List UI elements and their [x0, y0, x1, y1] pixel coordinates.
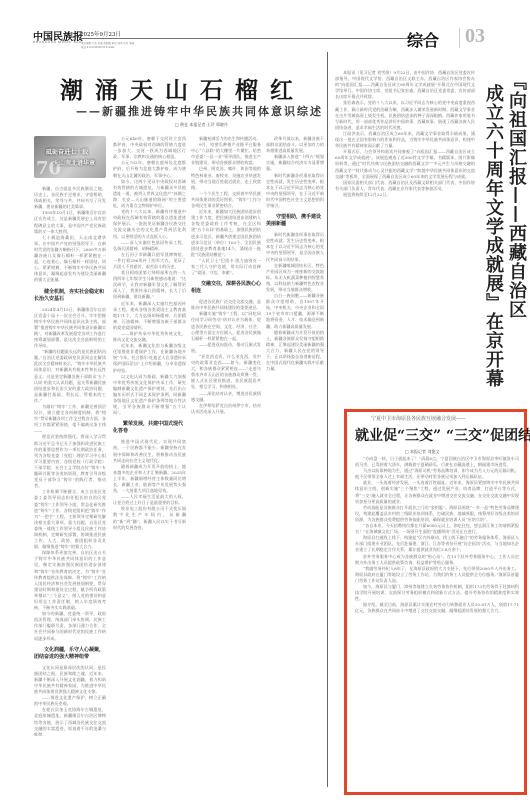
paragraph: 在轮台县奎玉克协海尔古城遗址，北庭故城遗址，新疆维吾尔自治区博物馆等各地，展示了…	[34, 707, 106, 736]
paragraph: 展览将持续至12月22日。	[335, 192, 475, 198]
paragraph: 随着新疆成为开发开放的热土，新疆各族群众发扬守望相助精神，汇聚起建设美丽新疆的强…	[266, 330, 324, 373]
paragraph: 新时代新疆各项事业取得历史性成就，发生历史性变革。根本在于以习近平同志为核心的党…	[266, 173, 324, 210]
anniversary-badge: 70 砥砺奋进七十载 天山南北谱华章	[34, 136, 106, 178]
boxed-kicker: 宁夏中卫市海原县各民族互嵌融合发展——	[371, 415, 466, 422]
paragraph: 牧业电工股份有限公司干式变压器数字化生产车间内，从新疆的“新”到“疆”，新疆人民…	[113, 506, 186, 530]
paragraph: ——深化结对认亲，增进各民族情感交融。	[191, 391, 261, 403]
lead-column-1: 新疆，自古就是多民族聚居之地。历史上，各民族手足相亲，守望相助，休戚相关，荣辱与…	[34, 186, 106, 736]
boxed-byline: □ 本报记者 刘俊文	[405, 449, 439, 455]
badge-line1: 砥砺奋进七十载	[46, 147, 88, 156]
paragraph: ——人民幸福生活是最大的人权，让老百姓过上好日子是最重要的目标。	[113, 494, 186, 506]
paragraph: 国家民委相关部门代表、西藏自治区及西藏文联相关部门代表、中国作协有关部门负责人、…	[335, 180, 475, 192]
section-heading: 文化润疆，乐守人心凝聚，团结奋进的强大精神纽带	[34, 647, 106, 661]
lead-byline: □ 黄仓 本报记者 王玲 郑晓丹	[175, 122, 228, 128]
paragraph: 新时代新疆各项事业取得历史性成就，发生历史性变革。根本在于以习近平同志为核心的党…	[266, 232, 324, 262]
paragraph: 为做好“铸牢”工作，新疆完善顶层设计，建立健全各项制度机制，将“铸牢”贯穿新疆各…	[34, 404, 106, 434]
paragraph: 在伊犁哈萨克自治州伊宁市，结对认亲活动深入开展。	[191, 403, 261, 415]
issue-date: 2025年9月23日	[80, 30, 121, 38]
paragraph: 马杰以前靠种地为生，通过“海原司机”劳务品牌培训，如今成为月入万元的运输司机。他…	[355, 468, 519, 480]
paragraph: 推进中国式现代化，实现共同富裕，一个民族都不能少。新疆坚持在发展中保障和改善民生…	[113, 439, 186, 463]
paragraph: 公元702年，唐朝在庭州设北庭都护府，后升格为北庭大都护府，成为唐朝在天山北麓的…	[113, 160, 186, 178]
paragraph: 如今，这两个见证中央政权对西域有效管辖的古城遗址，与新疆众多其他遗址一道，被列入…	[113, 179, 186, 209]
page-number: 03	[465, 25, 485, 48]
paragraph: 近年来，新疆加大民族团结进步创建工作力度，把民族团结进步创建纳入各级党委政府工作…	[191, 209, 261, 258]
paragraph: 工作机制不断健全。成立自治区党委工委领导同志担任组长的自治区党委“铸牢”工作领导…	[34, 489, 106, 550]
paragraph: 在新疆喀城团结社区，特色产业园区成为一座座新的交流地标。从无人机蔬菜种植到智慧养…	[266, 263, 324, 293]
paragraph: “方向盘一转，日子就起来了！”清晨6点，宁夏回族自治区中卫市海原县李旺镇货车司机…	[355, 456, 519, 468]
paragraph: 新疆，自古就是多民族聚居之地。历史上，各民族手足相亲，守望相助，休戚相关，荣辱与…	[34, 186, 106, 210]
paragraph: 莫日阿甫团第七师师部所在的一九四四年七年级学生马新悦感动地说：“这次研学，让我对…	[113, 270, 186, 300]
section-heading: 守望相助，携手建设美丽新疆	[266, 214, 324, 228]
paragraph: 驻外劳务服务中心成为各族群众的“贴心站”。在13个驻外劳务服务中心，工作人员定期…	[355, 554, 519, 566]
paragraph: 如今的新疆，党委统一领导，政府依法管理，统战部门牵头协调，民族工作部门履职尽责，…	[34, 611, 106, 641]
paragraph: 新疆深入推进“十四五”规划实施，新疆综合经济实力显著增强。	[266, 154, 324, 172]
right-article-body: 本报讯（见习记者 刘雪朋）9月22日，由中国作协、西藏自治区党委宣传部指导，中国…	[335, 70, 475, 395]
paragraph: 如今，海原县与厦门、漳州等地建立长效劳务协作机制，组织173名劳务骨干赴漳州科技…	[355, 584, 519, 602]
boxed-title: 就业促“三交” “三交”促团结	[355, 425, 530, 445]
paragraph: 就业，一头连着经济发展，一头连着百姓福祉。近年来，海原县紧扣铸牢中华民族共同体意…	[355, 480, 519, 504]
paragraph: 随着新疆成为开发开放的热土，越来越多的企业和人才汇聚新疆。2025年上半年，新疆…	[113, 464, 186, 494]
right-article-title-col2: 成立六十周年文学成就展』在京开幕	[480, 84, 506, 404]
paragraph: 一个个民生工程，交织着中华民族共同体建设的美好图景。“铸牢”工作与各项民生事业紧…	[191, 191, 261, 209]
badge-line2: 天山南北谱华章	[53, 158, 95, 167]
lead-headline: 潮涌天山石榴红	[60, 72, 305, 105]
section-divider	[459, 28, 460, 48]
paragraph: 公元640年，唐朝于交河设立安西都护府，中央政权对西域的管辖力度进一步加大。交河…	[113, 136, 186, 160]
section-heading: 健全机制，夯实社会稳定和长治久安基石	[34, 289, 106, 303]
paragraph: “亚克西克西，什么亚克西，党中央的政策亚克西——如今，新疆变化大，和各族群众紧紧…	[191, 354, 261, 391]
paragraph: 开幕式后，与会领导和嘉宾共同参观了“向祖国汇报——西藏自治区成立60周年文学成就…	[335, 149, 475, 179]
paragraph: ——推进文化遗产保护，树立正确的中华民族历史观。	[34, 695, 106, 707]
lead-column-2: 公元640年，唐朝于交河设立安西都护府，中央政权对西域的管辖力度进一步加大。交河…	[113, 136, 186, 776]
paragraph: ——深入实施红色基因传承工程，弘扬兵团精神、胡杨精神。	[113, 240, 186, 252]
paragraph: “人民卫士”巴依卡·凯力迪别克一家三代人守护边境，用实际行动诠释了“爱国、守边、…	[191, 258, 261, 276]
section-heading: 交融交往，深耕各民族心心相连	[191, 281, 261, 295]
paragraph: 2024年4月15日，新疆维吾尔自治区党委十届十一次全会召开。牢牢把握铸牢中华民…	[34, 307, 106, 350]
paragraph: ——保护传承中华优秀传统文化，推动文化交流交融。	[113, 331, 186, 343]
paragraph: “我做劳务经纪人8年了，在海原县政府的大力支持下，先后带领2000多人外出务工。…	[355, 566, 519, 584]
paragraph: 以文化认同为基础，新疆大力加强中华优秀传统文化保护传承工作，研究编制新疆文化遗产…	[113, 374, 186, 417]
section-name: 综合	[407, 28, 439, 51]
paragraph: “新疆的问题最长远的是民族团结问题。”自治区党委政研室负责同志在解读此次全会精神…	[34, 349, 106, 404]
paragraph: 近年来，新疆文化馆与新疆各级文化馆推进非遗保护工作，在新疆各地开展“今年，托合都…	[113, 343, 186, 373]
paragraph: 促进各民族广泛交往交流交融，是推动中华民族共同体建设的重要途径。	[191, 299, 261, 311]
paragraph: 自日一族同胞——新疆各族群众守望相助，自1997年开始，中央机关、中央企业和全国…	[266, 293, 324, 330]
contact-info: 电话 010-83660078 E-mail:	[81, 45, 115, 49]
masthead: 中国民族报 ZHONGGUO MINZU BAO 2025年9月23日 责任编辑…	[33, 26, 530, 52]
paragraph: 新疆实施“铸牢”工程，以“同吃同住同学习同劳动”结对认亲为载体，促进各民族在空间…	[191, 311, 261, 341]
boxed-body: “方向盘一转，日子就起来了！”清晨6点，宁夏回族自治区中卫市海原县李旺镇货车司机…	[355, 456, 519, 791]
paragraph: 据介绍，截至目前，海原县累计实现农村劳动力转移就业人员10.61万人，创收17.…	[355, 602, 519, 614]
paragraph: 9月，哈密瓜种植产业链平台服务中心“六县联”的大棚里一片繁忙。哈密市党委“一县一…	[191, 142, 261, 166]
paragraph: 张宏森表示，党的十八大以来，以习近平同志为核心的党中央高度重视西藏工作，确立新时…	[335, 100, 475, 130]
paragraph: 海原县打通线上线下、构建起“区内外联动、线上线下融合”的劳务服务体系，海原县人社…	[355, 535, 519, 553]
paragraph: 七十载沧海桑田，天山南北谱华章。在中国共产党的坚强领导下，在新时代党的治疆方略指…	[34, 235, 106, 284]
lead-subheadline: ——新疆推进铸牢中华民族共同体意识综述	[76, 103, 323, 119]
paragraph: 文化认同是最深层次的认同，是民族团结之根，民族和睦之魂。近年来，新疆不断深入开展…	[34, 665, 106, 695]
paragraph: 近年来，新疆深入实施红色基因传承工程，建成各级各类爱国主义教育基地171个，大力…	[113, 301, 186, 331]
paragraph: 改革开放以来，新疆各族干部群众团结奋斗，以更加有力的举措推进高质量发展。	[266, 136, 324, 154]
paragraph: 理论武装持续强化。将深入学习贯彻习近平总书记关于加强和改进民族工作的重要思想作为…	[34, 434, 106, 489]
paragraph: ——促进双向流动，推动互嵌式发展。	[191, 342, 261, 354]
newspaper-pinyin: ZHONGGUO MINZU BAO	[33, 40, 82, 44]
paragraph: 1955年10月1日，新疆维吾尔自治区宣告成立，这是新疆发展史上具有里程碑意义的…	[34, 210, 106, 234]
lead-column-3: 新疆充满活力的出生和传播活动。 9月，哈密瓜种植产业链平台服务中心“六县联”的大…	[191, 136, 261, 776]
boxed-article: 宁夏中卫市海原县各民族互嵌融合发展—— 就业促“三交” “三交”促团结 □ 本报…	[344, 409, 527, 795]
paragraph: 党的十八大以来，新疆有序推进中央政权在西域有效管辖的重点遗址遗迹保护展示，一批批…	[113, 209, 186, 239]
paragraph: 江碚洪表示，西藏自治区成立60年来，西藏文学事业取得丰硕成果，涌现出一批在全国有…	[335, 131, 475, 149]
paragraph: 本报讯（见习记者 刘雪朋）9月22日，由中国作协、西藏自治区党委宣传部指导，中国…	[335, 70, 475, 100]
masthead-rule	[79, 38, 436, 39]
column-divider	[327, 52, 328, 787]
paragraph: 巴州、阿克苏、喀什、和田等地的特色林果业、畜牧业、设施农业快速发展，带动当地百姓…	[191, 166, 261, 190]
paragraph: “各自本业，今天招聘岗位都在月薪6000元以上，你吃住包，想去浙江务工的请抓紧报…	[355, 523, 519, 535]
right-article-title-col1: 『向祖国汇报——西藏自治区	[503, 72, 529, 392]
section-heading: 繁荣发展，共建中国式现代化答卷	[113, 421, 186, 435]
lead-column-4: 改革开放以来，新疆各族干部群众团结奋斗，以更加有力的举措推进高质量发展。 新疆深…	[266, 136, 324, 776]
paragraph: 在石河子市新疆兵团军垦博物馆，一件打着296块补丁的军大衣，见证了兵团人不畏艰苦…	[113, 252, 186, 270]
paragraph: 保障体系更加完善。自治区出台关于铸牢中华民族共同体意识的工作意见，制定实施加强民…	[34, 550, 106, 611]
paragraph: 劳动技能是各族群众打开就业之门的“金钥匙”。海原县围绕“一乡一品”特色劳务品牌建…	[355, 505, 519, 523]
